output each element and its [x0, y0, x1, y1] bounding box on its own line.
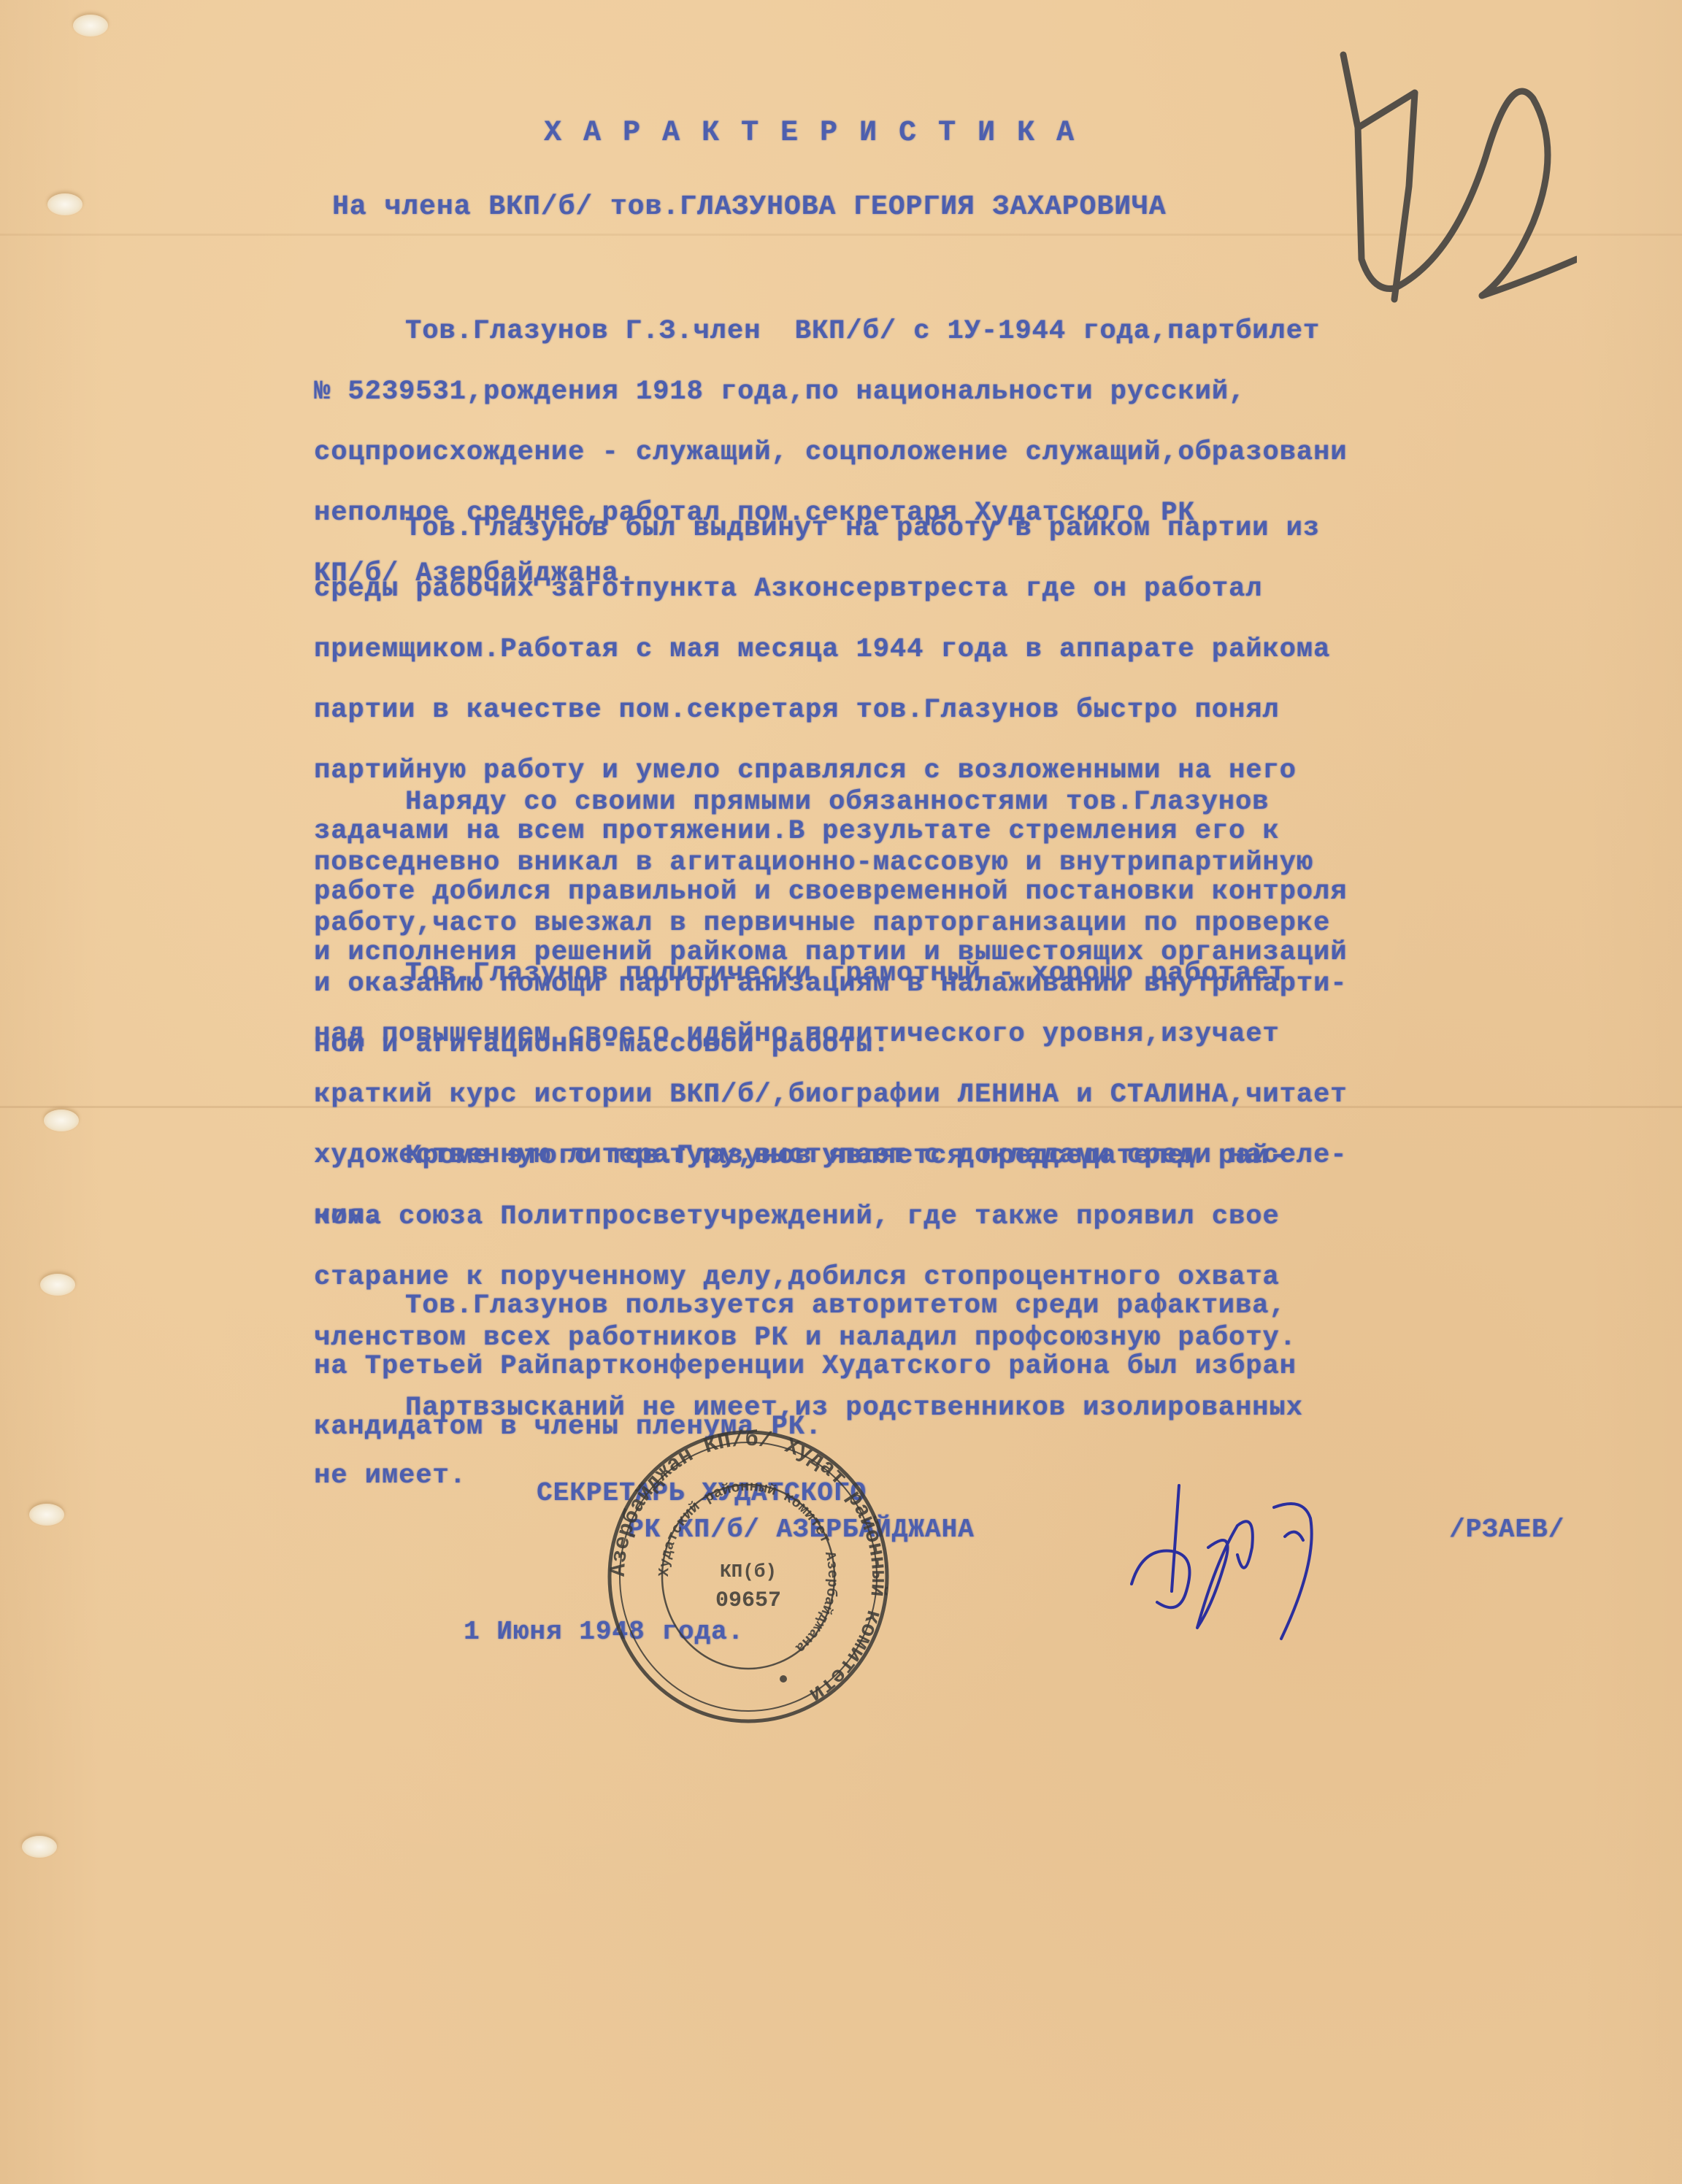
document-title: ХАРАКТЕРИСТИКА — [544, 117, 1096, 150]
archive-page-number-pencil — [1299, 40, 1577, 303]
text-line: Кроме этого тов.Глазунов является предсе… — [314, 1139, 1650, 1174]
text-line: соцпроисхождение - служащий, соцположени… — [314, 436, 1650, 470]
text-line: не имеет. — [314, 1459, 1650, 1493]
punch-hole — [47, 193, 82, 215]
text-line: Наряду со своими прямыми обязанностями т… — [314, 785, 1650, 820]
handwritten-signature — [1128, 1482, 1405, 1679]
punch-hole — [44, 1110, 79, 1131]
text-line: Тов.Глазунов политически грамотный - хор… — [314, 957, 1650, 991]
text-line: краткий курс истории ВКП/б/,биографии ЛЕ… — [314, 1078, 1650, 1112]
text-line: приемщиком.Работая с мая месяца 1944 год… — [314, 633, 1650, 667]
text-line: среды рабочих заготпункта Азконсервтрест… — [314, 572, 1650, 607]
text-line: над повышением своего идейно-политическо… — [314, 1018, 1650, 1052]
text-line: Тов.Глазунов пользуется авторитетом сред… — [314, 1289, 1650, 1323]
text-line: Партвзысканий не имеет,из родственников … — [314, 1391, 1650, 1426]
text-line: партии в качестве пом.секретаря тов.Глаз… — [314, 693, 1650, 728]
punch-hole — [22, 1836, 57, 1858]
punch-hole — [29, 1504, 64, 1526]
text-line: кома союза Политпросветучреждений, где т… — [314, 1200, 1650, 1234]
document-subtitle: На члена ВКП/б/ тов.ГЛАЗУНОВА ГЕОРГИЯ ЗА… — [332, 191, 1167, 223]
text-line: Тов.Глазунов был выдвинут на работу в ра… — [314, 512, 1650, 546]
punch-hole — [40, 1274, 75, 1296]
stamp-center-number: 09657 — [715, 1588, 781, 1613]
punch-hole — [73, 15, 108, 36]
paragraph-penalties: Партвзысканий не имеет,из родственников … — [314, 1365, 1650, 1507]
signatory-name: /РЗАЕВ/ — [1449, 1515, 1564, 1545]
text-line: № 5239531,рождения 1918 года,по национал… — [314, 375, 1650, 409]
text-line: повседневно вникал в агитационно-массову… — [314, 846, 1650, 880]
official-round-stamp: Азербайджан КП/б/ Худат районный комитет… — [604, 1427, 893, 1726]
text-line: Тов.Глазунов Г.З.член ВКП/б/ с 1У-1944 г… — [314, 315, 1650, 349]
stamp-center-line1: КП(б) — [720, 1561, 777, 1583]
